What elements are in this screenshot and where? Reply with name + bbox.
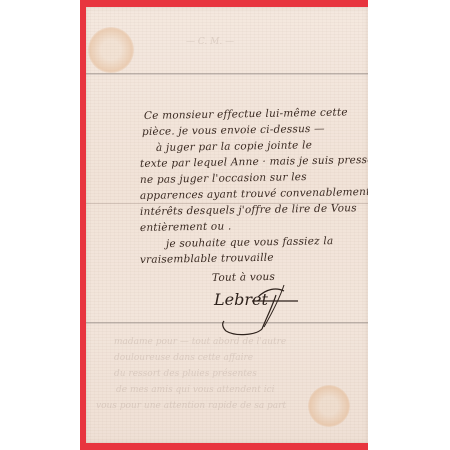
letter-line: texte par lequel Anne · mais je suis pre… bbox=[140, 153, 368, 170]
letter-line: entièrement ou . bbox=[140, 220, 232, 234]
bleed-through-text: douloureuse dans cette affaire bbox=[114, 353, 253, 363]
letter-line: intérêts desquels j'offre de lire de Vou… bbox=[140, 202, 357, 218]
bleed-through-text: de mes amis qui vous attendent ici bbox=[116, 385, 275, 395]
bleed-through-text: madame pour — tout abord de l'autre bbox=[114, 337, 286, 347]
letter-line: je souhaite que vous fassiez la bbox=[166, 235, 334, 250]
letter-line: ne pas juger l'occasion sur les bbox=[140, 171, 307, 186]
letter-paper: — C. M. — Ce monsieur effectue lui-même … bbox=[86, 7, 368, 443]
bleed-through-text: vous pour une attention rapide de sa par… bbox=[96, 401, 286, 411]
letter-line: à juger par la copie jointe le bbox=[156, 139, 312, 154]
letter-line: pièce. je vous envoie ci-dessus — bbox=[142, 123, 325, 138]
signature-flourish-icon bbox=[206, 277, 316, 337]
letter-line: Ce monsieur effectue lui-même cette bbox=[144, 106, 348, 122]
letter-line: apparences ayant trouvé convenablement d… bbox=[140, 186, 368, 202]
photo-stage: — C. M. — Ce monsieur effectue lui-même … bbox=[0, 0, 450, 450]
bleed-through-text: du ressort des pluies présentes bbox=[114, 369, 257, 379]
letter-line: vraisemblable trouvaille bbox=[140, 252, 274, 266]
